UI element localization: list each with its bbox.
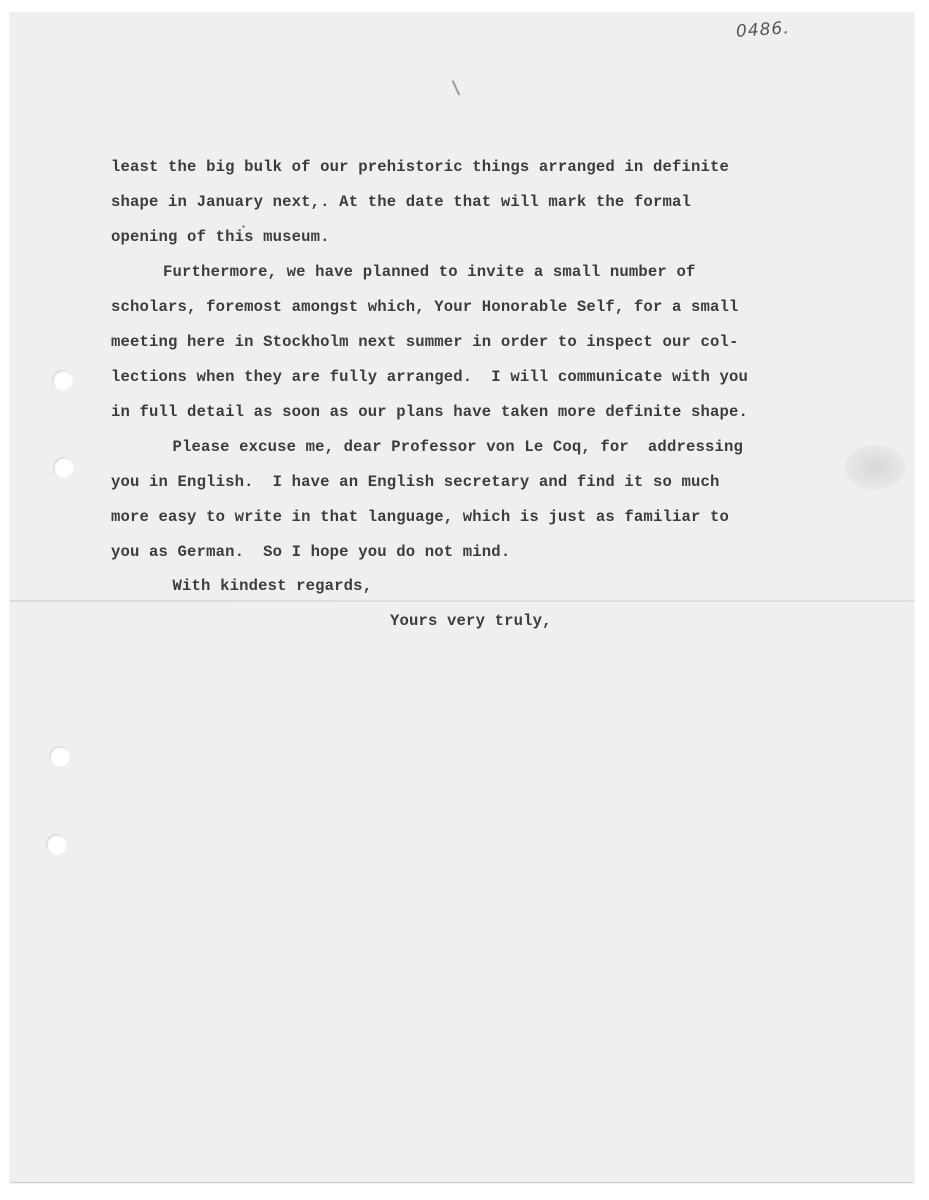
text-line: least the big bulk of our prehistoric th… [111, 158, 729, 176]
text-line: lections when they are fully arranged. I… [111, 368, 748, 386]
signoff-line: Yours very truly, [390, 612, 552, 630]
text-line: in full detail as soon as our plans have… [111, 403, 748, 421]
text-line: more easy to write in that language, whi… [111, 508, 729, 526]
punch-hole [46, 834, 67, 855]
text-line: you as German. So I hope you do not mind… [111, 543, 510, 561]
text-line: Furthermore, we have planned to invite a… [125, 263, 695, 281]
archive-page-number: 0486. [735, 18, 790, 42]
paper-fold-line [10, 600, 914, 602]
letter-page [10, 12, 914, 1182]
text-line: shape in January next,. At the date that… [111, 193, 691, 211]
punch-hole [53, 457, 74, 478]
punch-hole [52, 370, 73, 391]
text-line: Please excuse me, dear Professor von Le … [125, 438, 743, 456]
paper-smudge [845, 445, 905, 490]
text-line: meeting here in Stockholm next summer in… [111, 333, 739, 351]
text-line: you in English. I have an English secret… [111, 473, 720, 491]
text-line: scholars, foremost amongst which, Your H… [111, 298, 739, 316]
text-line: opening of this museum. [111, 228, 330, 246]
closing-line: With kindest regards, [125, 577, 372, 595]
punch-hole [49, 746, 70, 767]
